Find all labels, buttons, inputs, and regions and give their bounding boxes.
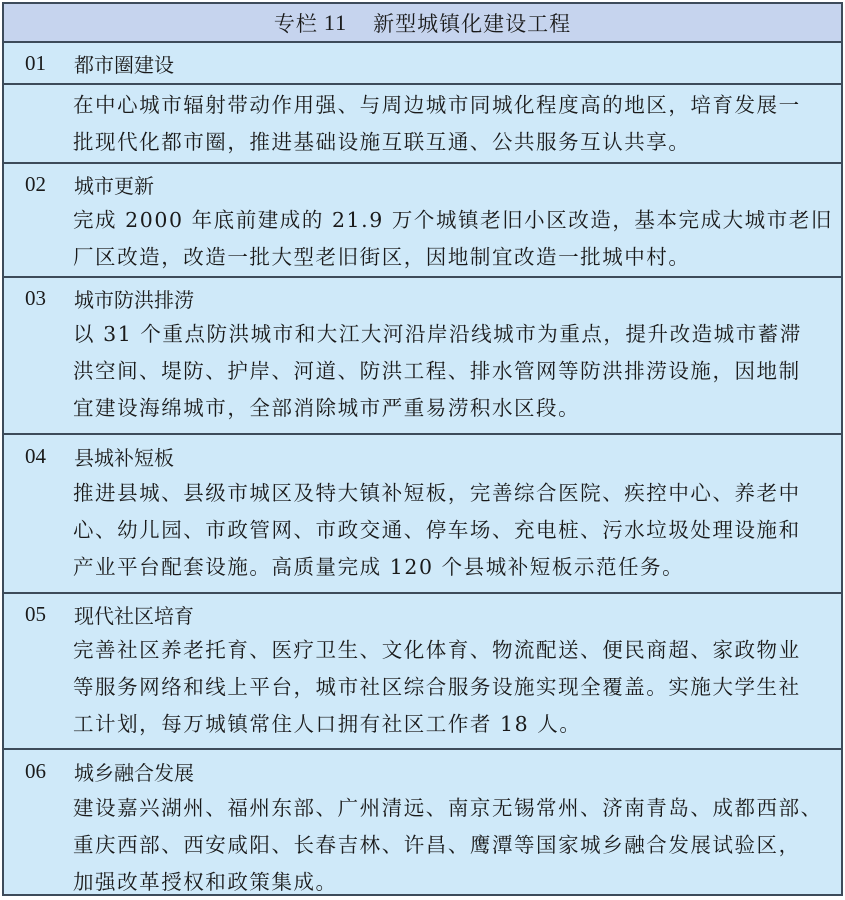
section-body: 以 31 个重点防洪城市和大江大河沿岸沿线城市为重点，提升改造城市蓄滞 洪空间、… [4,316,841,427]
section-code: 05 [25,602,74,627]
body-line: 批现代化都市圈，推进基础设施互联互通、公共服务互认共享。 [73,124,829,161]
section-title: 县城补短板 [74,442,174,471]
section-body: 在中心城市辐射带动作用强、与周边城市同城化程度高的地区，培育发展一 批现代化都市… [4,85,841,161]
body-line: 完善社区养老托育、医疗卫生、文化体育、物流配送、便民商超、家政物业 [73,632,829,669]
body-line: 洪空间、堤防、护岸、河道、防洪工程、排水管网等防洪排涝设施，因地制 [73,353,829,390]
body-line: 在中心城市辐射带动作用强、与周边城市同城化程度高的地区，培育发展一 [73,87,829,124]
body-line: 等服务网络和线上平台，城市社区综合服务设施实现全覆盖。实施大学生社 [73,669,829,706]
section-title: 城乡融合发展 [74,757,194,786]
section-body: 完成 2000 年底前建成的 21.9 万个城镇老旧小区改造，基本完成大城市老旧… [4,202,841,276]
section-code: 04 [25,444,74,469]
body-line: 建设嘉兴湖州、福州东部、广州清远、南京无锡常州、济南青岛、成都西部、 [73,790,829,827]
section-title-row: 05 现代社区培育 [4,596,841,632]
section-code: 03 [25,286,74,311]
section-title-row: 02 城市更新 [4,166,841,202]
body-line: 重庆西部、西安咸阳、长春吉林、许昌、鹰潭等国家城乡融合发展试验区， [73,827,829,864]
section-title-row: 04 县城补短板 [4,437,841,475]
feature-box: 专栏 11 新型城镇化建设工程 01 都市圈建设 在中心城市辐射带动作用强、与周… [2,2,843,896]
section-code: 06 [25,759,74,784]
header-prefix: 专栏 [274,8,318,38]
section-04: 04 县城补短板 推进县城、县级市城区及特大镇补短板，完善综合医院、疾控中心、养… [4,437,841,594]
body-line: 推进县城、县级市城区及特大镇补短板，完善综合医院、疾控中心、养老中 [73,475,829,512]
header-title: 新型城镇化建设工程 [373,8,571,38]
body-line: 以 31 个重点防洪城市和大江大河沿岸沿线城市为重点，提升改造城市蓄滞 [73,316,829,353]
section-code: 02 [25,172,74,197]
section-title: 都市圈建设 [74,49,174,78]
body-line: 加强改革授权和政策集成。 [73,864,829,900]
section-body: 推进县城、县级市城区及特大镇补短板，完善综合医院、疾控中心、养老中 心、幼儿园、… [4,475,841,586]
section-title-row: 01 都市圈建设 [4,43,841,85]
section-title: 现代社区培育 [74,600,194,629]
section-title-row: 03 城市防洪排涝 [4,280,841,316]
section-01: 01 都市圈建设 在中心城市辐射带动作用强、与周边城市同城化程度高的地区，培育发… [4,43,841,164]
body-line: 厂区改造，改造一批大型老旧街区，因地制宜改造一批城中村。 [73,239,829,276]
body-line: 宜建设海绵城市，全部消除城市严重易涝积水区段。 [73,390,829,427]
box-header: 专栏 11 新型城镇化建设工程 [4,4,841,43]
section-06: 06 城乡融合发展 建设嘉兴湖州、福州东部、广州清远、南京无锡常州、济南青岛、成… [4,752,841,900]
section-03: 03 城市防洪排涝 以 31 个重点防洪城市和大江大河沿岸沿线城市为重点，提升改… [4,280,841,435]
section-02: 02 城市更新 完成 2000 年底前建成的 21.9 万个城镇老旧小区改造，基… [4,166,841,278]
header-number: 11 [324,10,347,36]
section-05: 05 现代社区培育 完善社区养老托育、医疗卫生、文化体育、物流配送、便民商超、家… [4,596,841,750]
section-title-row: 06 城乡融合发展 [4,752,841,790]
body-line: 完成 2000 年底前建成的 21.9 万个城镇老旧小区改造，基本完成大城市老旧 [73,202,829,239]
section-code: 01 [25,51,74,76]
section-body: 建设嘉兴湖州、福州东部、广州清远、南京无锡常州、济南青岛、成都西部、 重庆西部、… [4,790,841,900]
section-title: 城市防洪排涝 [74,284,194,313]
section-body: 完善社区养老托育、医疗卫生、文化体育、物流配送、便民商超、家政物业 等服务网络和… [4,632,841,743]
body-line: 产业平台配套设施。高质量完成 120 个县城补短板示范任务。 [73,549,829,586]
section-title: 城市更新 [74,170,154,199]
body-line: 心、幼儿园、市政管网、市政交通、停车场、充电桩、污水垃圾处理设施和 [73,512,829,549]
body-line: 工计划，每万城镇常住人口拥有社区工作者 18 人。 [73,706,829,743]
